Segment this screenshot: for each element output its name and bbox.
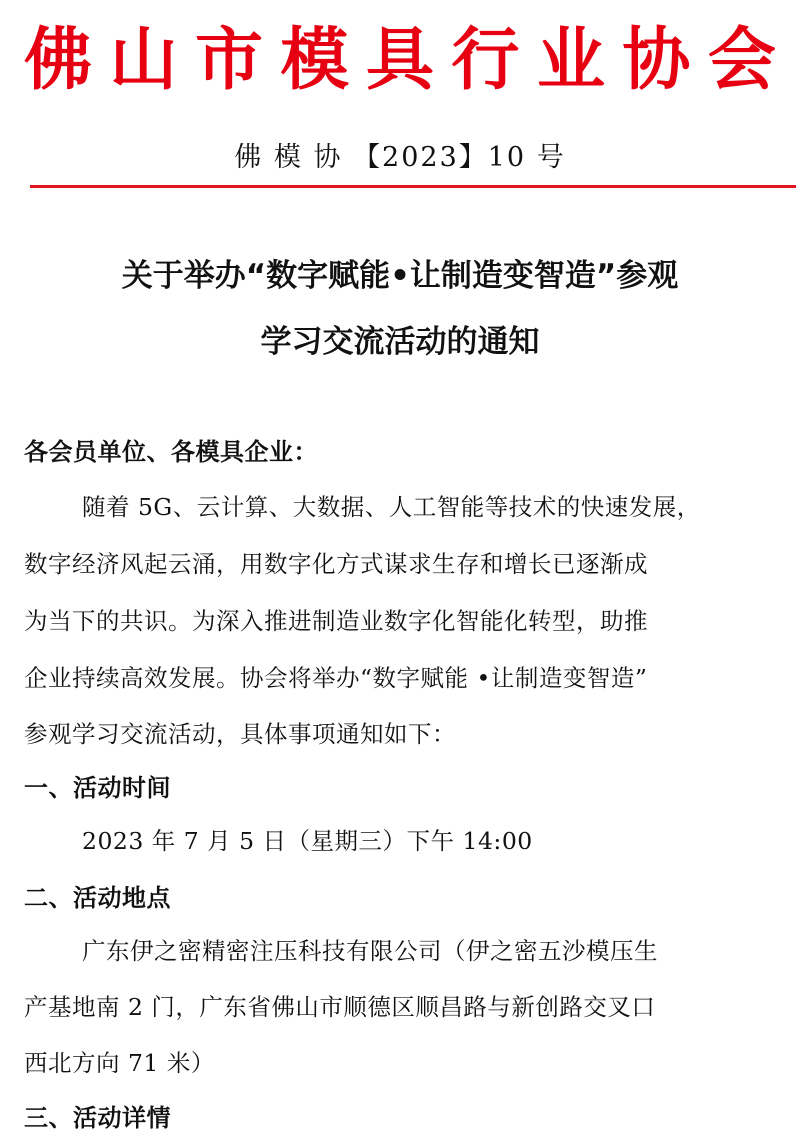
document-number: 佛 模 协 【2023】10 号 (0, 135, 800, 174)
org-name-char: 山 (109, 26, 177, 94)
notice-title-line-1: 关于举办“数字赋能•让制造变智造”参观 (0, 250, 800, 295)
org-name-char: 行 (451, 26, 519, 94)
section-heading-location: 二、活动地点 (24, 878, 784, 913)
org-name-char: 具 (366, 26, 434, 94)
org-name-char: 协 (622, 26, 690, 94)
org-name-char: 业 (537, 26, 605, 94)
paragraph-line: 为当下的共识。为深入推进制造业数字化智能化转型，助推 (24, 602, 784, 636)
paragraph-line: 数字经济风起云涌，用数字化方式谋求生存和增长已逐渐成 (24, 545, 784, 579)
section-heading-details: 三、活动详情 (24, 1098, 784, 1133)
location-line: 西北方向 71 米） (24, 1044, 784, 1078)
org-name-char: 模 (280, 26, 348, 94)
salutation: 各会员单位、各模具企业： (24, 432, 784, 467)
location-line: 广东伊之密精密注压科技有限公司（伊之密五沙模压生 (82, 932, 800, 966)
paragraph-line: 随着 5G、云计算、大数据、人工智能等技术的快速发展， (82, 488, 800, 522)
section-heading-time: 一、活动时间 (24, 768, 784, 803)
notice-title-line-2: 学习交流活动的通知 (0, 316, 800, 361)
header-divider (30, 185, 796, 188)
org-name-char: 市 (195, 26, 263, 94)
organization-name: 佛 山 市 模 具 行 业 协 会 (24, 20, 776, 100)
event-time: 2023 年 7 月 5 日（星期三）下午 14:00 (82, 822, 800, 856)
paragraph-line: 企业持续高效发展。协会将举办“数字赋能 •让制造变智造” (24, 659, 784, 693)
paragraph-line: 参观学习交流活动，具体事项通知如下： (24, 715, 784, 749)
location-line: 产基地南 2 门，广东省佛山市顺德区顺昌路与新创路交叉口 (24, 988, 784, 1022)
org-name-char: 佛 (24, 26, 92, 94)
org-name-char: 会 (708, 26, 776, 94)
